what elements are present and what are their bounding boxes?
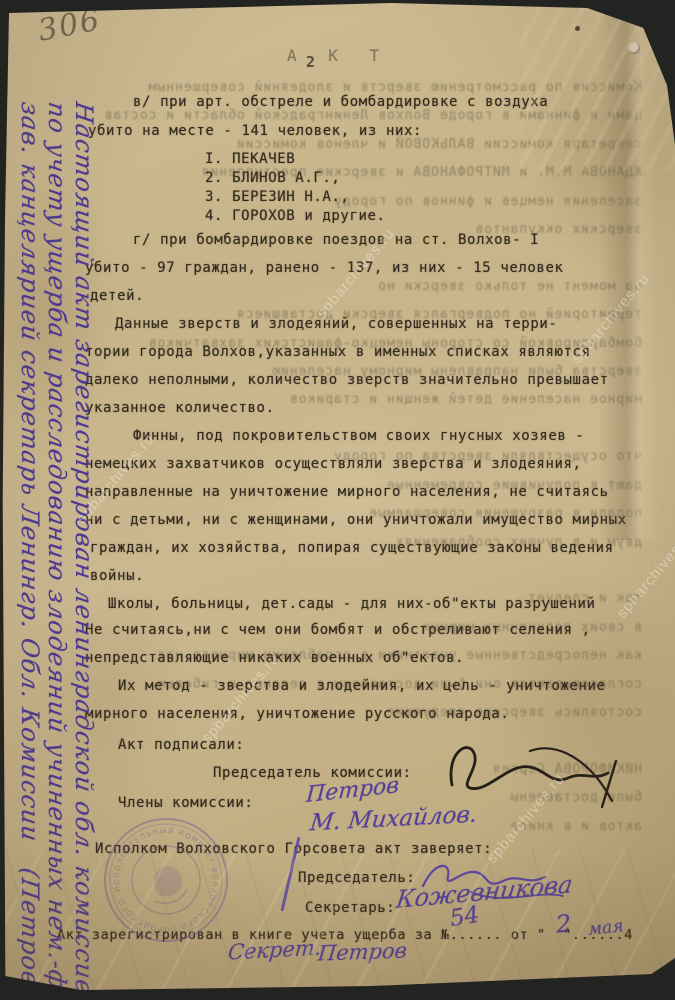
typed-line: 3. БЕРЕЗИН Н.А., [205,190,349,204]
signature-member-2: М. Михайлов. [309,802,479,837]
typed-line: Акт подписали: [118,738,244,752]
typed-line: направленные на уничтожение мирного насе… [85,485,609,499]
scanned-document-page: Комиссия по рассмотрению зверств и злоде… [0,0,675,1000]
typed-line: Школы, больницы, дет.сады - для них-об"е… [108,597,596,611]
typed-line: непредставляющие никаких военных об"екто… [85,651,464,665]
margin-note-line-2: по учету ущерба и расследованию злодеяни… [43,100,70,966]
paper-sheet: Комиссия по рассмотрению зверств и злоде… [0,0,675,1000]
typed-line: г/ при бомбардировке поездов на ст. Волх… [133,233,539,247]
title-number: 2 [306,53,315,71]
typed-line: Их метод - зверства и злодейния, их цель… [118,679,606,693]
typed-line: детей. [90,289,144,303]
paper-stain [520,40,675,270]
typed-line: Данные зверств и злодеяний, совершенных … [115,317,557,331]
typed-line: Финны, под покровительством своих гнусны… [133,429,584,443]
typed-line: ни с детьми, ни с женщинами, они уничтож… [85,513,627,527]
typed-line: убито на месте - 141 человек, из них: [88,124,422,138]
typed-line: мирного населения, уничтожение русского … [85,707,509,721]
punch-hole [628,42,640,54]
typed-line: убито - 97 граждан, ранено - 137, из них… [85,261,564,275]
typed-line: далеко неполными, количество зверств зна… [85,373,609,387]
document-title: А К Т [287,46,390,65]
typed-line: Не считаясь,ни с чем они бомбят и обстре… [85,623,591,637]
registry-month-handwritten: мая [587,916,624,940]
typed-line: граждан, их хозяйства, попирая существую… [90,541,614,555]
typed-line: в/ при арт. обстреле и бомбардировке с в… [133,95,548,109]
registry-day-handwritten: 2 [555,909,573,938]
typed-line: указанное количество. [85,401,275,415]
typed-line: войны. [90,569,144,583]
crease-corner [520,0,675,170]
typed-line: I. ПЕКАЧЕВ [205,152,295,166]
crease-fold [598,0,660,540]
margin-note-line-3: зав. канцелярией секретарь Ленингр. Обл.… [16,100,43,966]
registry-number-handwritten: 54 [448,902,481,932]
typed-line: тории города Волхов,указанных в именных … [85,345,591,359]
typed-line: Председатель: [298,871,415,885]
typed-line: 2. БЛИНОВ А.Г., [205,171,340,185]
bottom-secretary-signature: Петров [317,938,408,965]
margin-note-signature: (Петров) [16,866,44,998]
archive-watermark: spbarchives.ru [613,525,675,621]
typed-line: 4. ГОРОХОВ и другие. [205,209,386,223]
paper-speck [575,26,580,31]
stamp-emblem [151,863,186,899]
pencil-page-number: 306 [35,2,104,48]
typed-line: немецких захватчиков осуществляли зверст… [85,457,582,471]
typed-line: Секретарь: [305,901,395,915]
